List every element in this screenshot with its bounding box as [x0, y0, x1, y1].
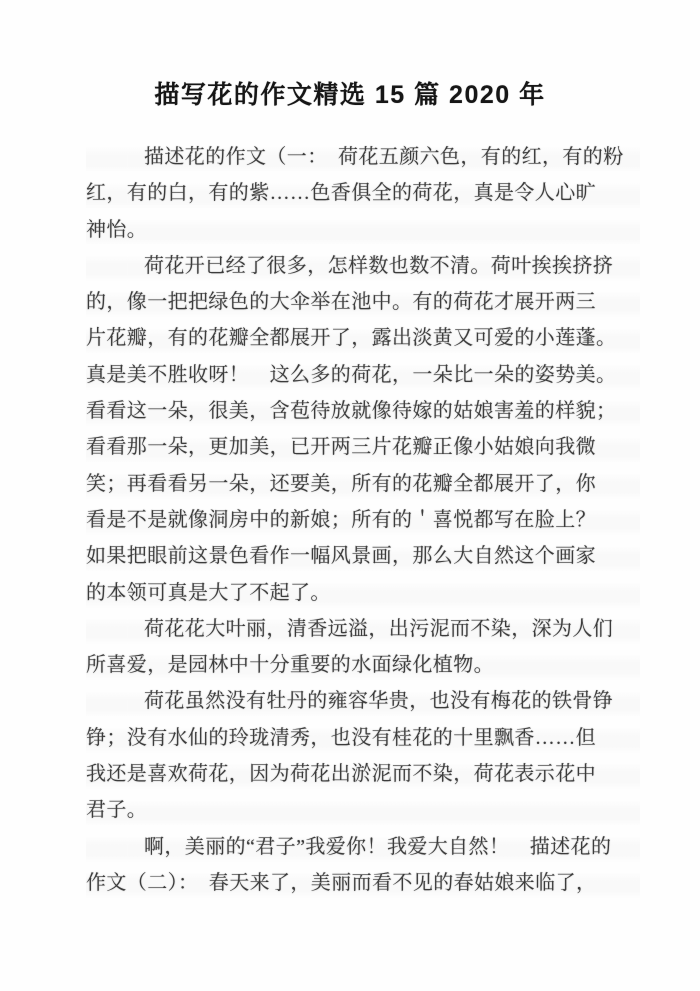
text-line: 君子。 — [86, 792, 640, 828]
text-line: 的，像一把把绿色的大伞举在池中。有的荷花才展开两三 — [86, 284, 640, 320]
text-line: 笑；再看看另一朵，还要美，所有的花瓣全都展开了，你 — [86, 466, 640, 502]
document-title: 描写花的作文精选 15 篇 2020 年 — [0, 78, 700, 112]
text-line: 看是不是就像洞房中的新娘；所有的＇喜悦都写在脸上？ — [86, 502, 640, 538]
text-line: 铮；没有水仙的玲珑清秀，也没有桂花的十里飘香……但 — [86, 720, 640, 756]
text-line: 所喜爱，是园林中十分重要的水面绿化植物。 — [86, 647, 640, 683]
text-line: 红，有的白，有的紫……色香俱全的荷花，真是令人心旷 — [86, 175, 640, 211]
text-line: 作文（二）： 春天来了，美丽而看不见的春姑娘来临了， — [86, 865, 640, 901]
text-line: 的本领可真是大了不起了。 — [86, 575, 640, 611]
text-line: 神怡。 — [86, 212, 640, 248]
text-line: 描述花的作文（一： 荷花五颜六色，有的红，有的粉 — [86, 139, 640, 175]
text-line: 看看那一朵，更加美，已开两三片花瓣正像小姑娘向我微 — [86, 429, 640, 465]
text-line: 如果把眼前这景色看作一幅风景画，那么大自然这个画家 — [86, 538, 640, 574]
text-line: 荷花虽然没有牡丹的雍容华贵，也没有梅花的铁骨铮 — [86, 683, 640, 719]
text-line: 我还是喜欢荷花，因为荷花出淤泥而不染，荷花表示花中 — [86, 756, 640, 792]
text-line: 看看这一朵，很美，含苞待放就像待嫁的姑娘害羞的样貌； — [86, 393, 640, 429]
document-page: 描写花的作文精选 15 篇 2020 年 描述花的作文（一： 荷花五颜六色，有的… — [0, 0, 700, 991]
text-line: 片花瓣，有的花瓣全都展开了，露出淡黄又可爱的小莲蓬。 — [86, 320, 640, 356]
text-line: 真是美不胜收呀！ 这么多的荷花，一朵比一朵的姿势美。 — [86, 357, 640, 393]
text-line: 啊，美丽的“君子”我爱你！我爱大自然！ 描述花的 — [86, 829, 640, 865]
text-line: 荷花开已经了很多，怎样数也数不清。荷叶挨挨挤挤 — [86, 248, 640, 284]
text-line: 荷花花大叶丽，清香远溢，出污泥而不染，深为人们 — [86, 611, 640, 647]
document-body: 描述花的作文（一： 荷花五颜六色，有的红，有的粉红，有的白，有的紫……色香俱全的… — [0, 139, 700, 901]
